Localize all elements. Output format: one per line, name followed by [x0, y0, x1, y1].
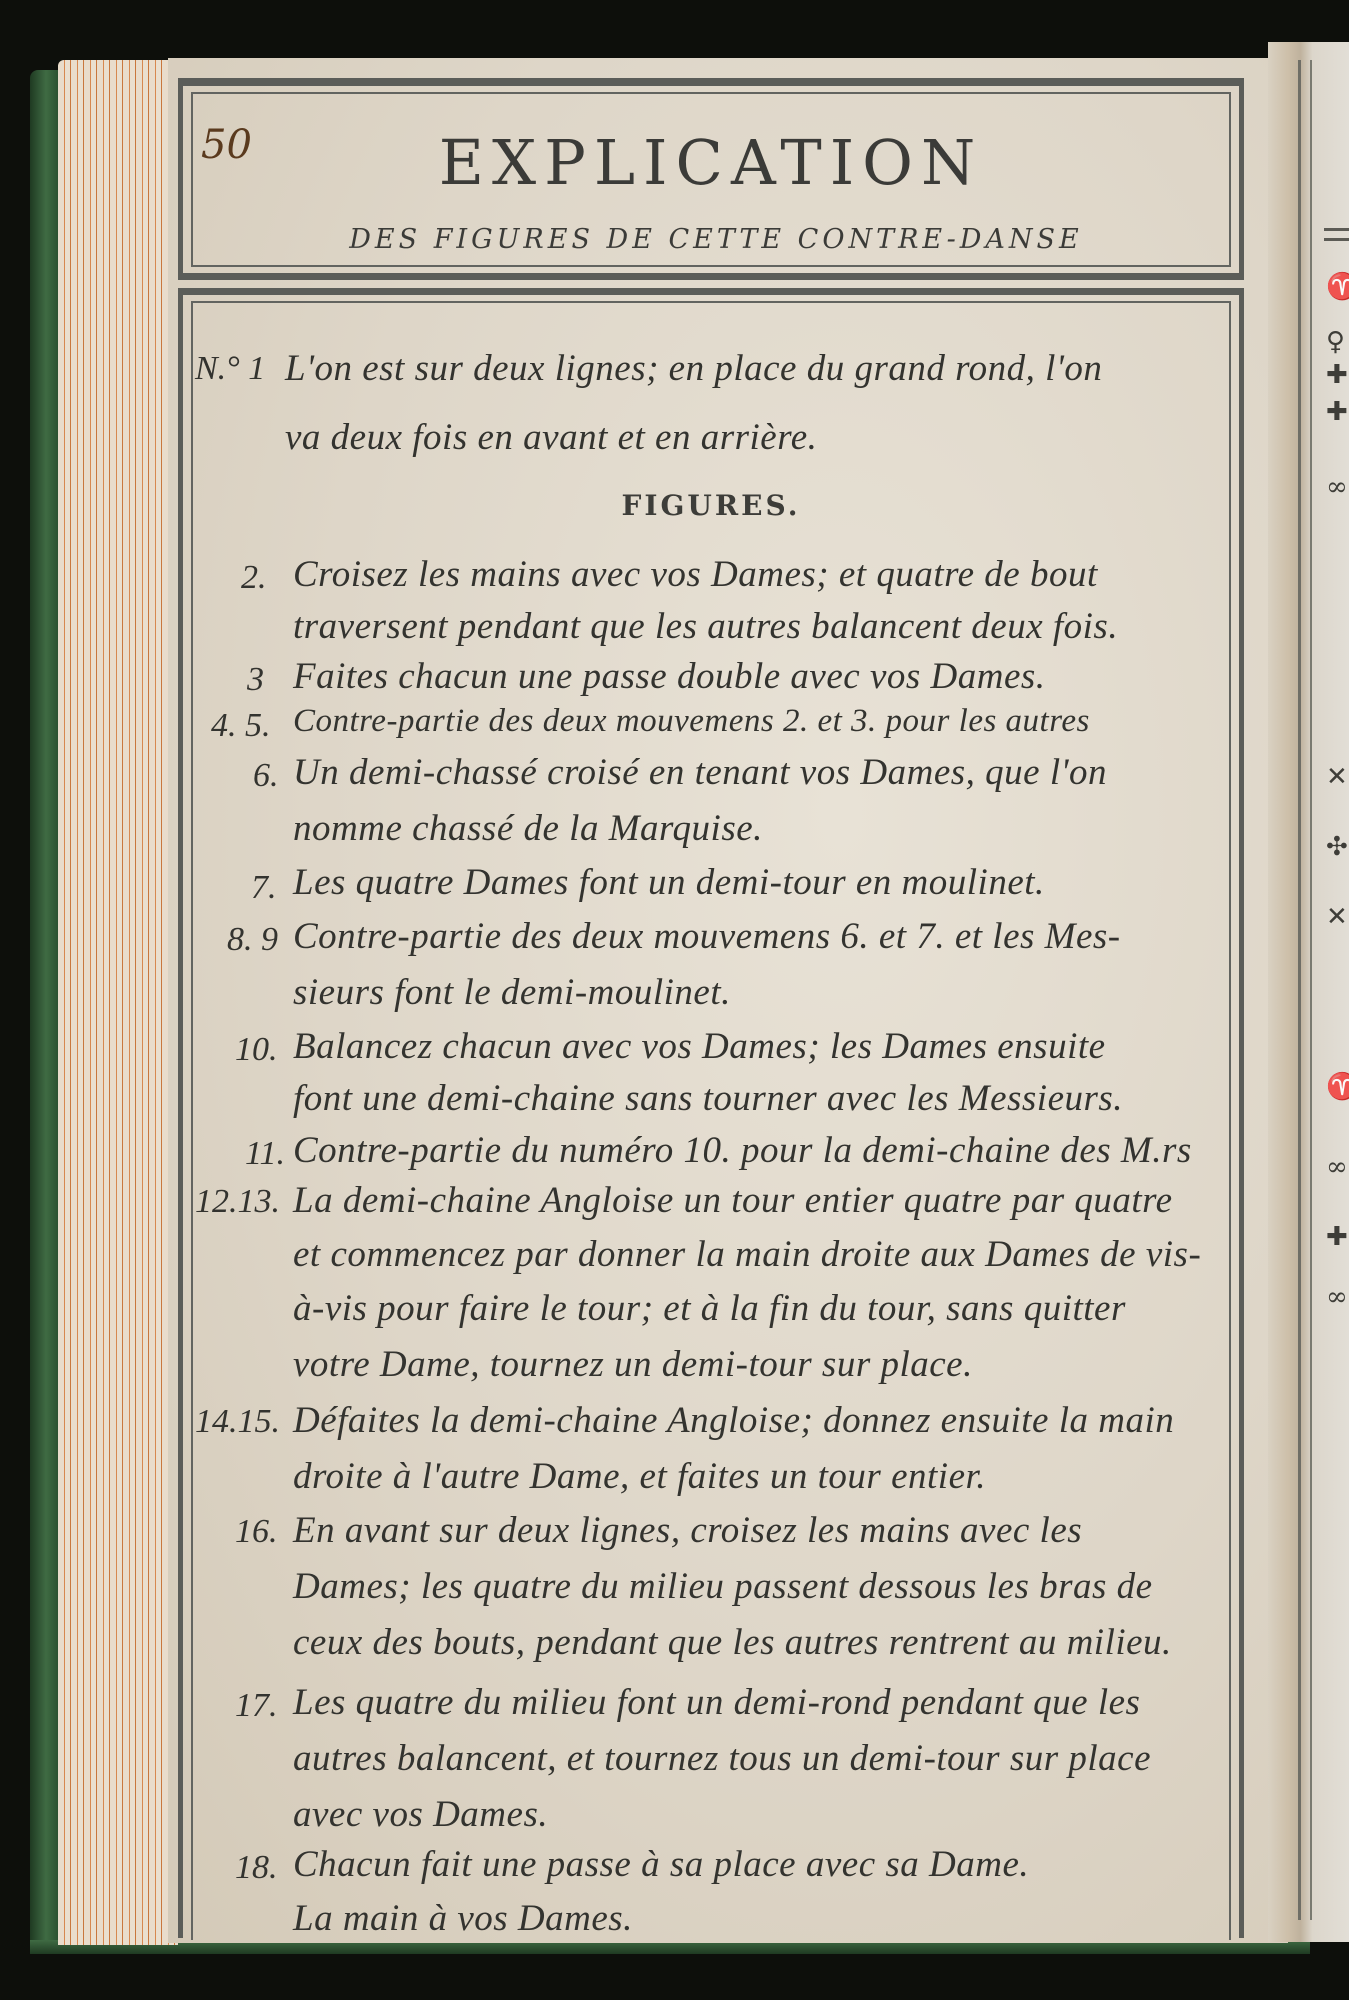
- dance-notation-symbol-icon: ♈: [1326, 1072, 1349, 1102]
- figure-number: 6.: [253, 757, 279, 795]
- figure-descriptions: N.° 1 L'on est sur deux lignes; en place…: [193, 303, 1229, 1940]
- figure-line: à-vis pour faire le tour; et à la fin du…: [293, 1287, 1126, 1330]
- figure-line: avec vos Dames.: [293, 1793, 548, 1836]
- figure-line: nomme chassé de la Marquise.: [293, 807, 763, 850]
- figure-line: et commencez par donner la main droite a…: [293, 1233, 1201, 1276]
- dance-notation-symbol-icon: ✕: [1326, 902, 1348, 932]
- facing-page-rule: [1324, 228, 1349, 231]
- figure-number: 8. 9: [227, 921, 278, 959]
- figure-number: 11.: [245, 1135, 285, 1173]
- figure-number: 10.: [235, 1031, 278, 1069]
- dance-notation-symbol-icon: ∞: [1326, 1282, 1348, 1312]
- figure-number: 17.: [235, 1687, 278, 1725]
- intro-number: N.° 1: [195, 350, 265, 388]
- figure-line: votre Dame, tournez un demi-tour sur pla…: [293, 1343, 973, 1386]
- figure-number: 7.: [251, 869, 277, 907]
- dance-notation-symbol-icon: ✚: [1326, 397, 1348, 427]
- figure-number: 16.: [235, 1513, 278, 1551]
- facing-page-frame: [1298, 60, 1315, 1920]
- dance-notation-symbol-icon: ♈: [1326, 272, 1349, 302]
- dance-notation-symbol-icon: ∞: [1326, 1152, 1348, 1182]
- figure-line: Défaites la demi-chaine Angloise; donnez…: [293, 1399, 1174, 1442]
- figure-line: Contre-partie des deux mouvemens 2. et 3…: [293, 703, 1090, 740]
- figure-line: Dames; les quatre du milieu passent dess…: [293, 1565, 1153, 1608]
- facing-page-edge: ♈ ♀ ✚ ✚ ∞ ✕ ✣ ✕ ♈ ∞ ✚ ∞: [1268, 42, 1349, 1942]
- figure-line: Les quatre du milieu font un demi-rond p…: [293, 1681, 1140, 1724]
- stacked-page-edges: [58, 60, 178, 1945]
- dance-notation-symbol-icon: ♀: [1326, 327, 1345, 357]
- header-inner-frame: 50 EXPLICATION DES FIGURES DE CETTE CONT…: [191, 92, 1231, 267]
- body-inner-frame: N.° 1 L'on est sur deux lignes; en place…: [191, 301, 1231, 1940]
- figure-line: ceux des bouts, pendant que les autres r…: [293, 1621, 1172, 1664]
- figure-line: Chacun fait une passe à sa place avec sa…: [293, 1843, 1029, 1886]
- intro-line: va deux fois en avant et en arrière.: [285, 416, 817, 459]
- figure-line: sieurs font le demi-moulinet.: [293, 971, 731, 1014]
- figure-number: 18.: [235, 1849, 278, 1887]
- page-subtitle: DES FIGURES DE CETTE CONTRE-DANSE: [223, 224, 1209, 255]
- figure-line: Un demi-chassé croisé en tenant vos Dame…: [293, 751, 1107, 794]
- facing-page-frame-inner: [1310, 60, 1312, 1920]
- figure-number: 4. 5.: [211, 707, 271, 745]
- dance-notation-symbol-icon: ✚: [1326, 360, 1348, 390]
- facing-page-rule: [1324, 238, 1349, 241]
- figure-line: La demi-chaine Angloise un tour entier q…: [293, 1179, 1173, 1222]
- dance-notation-symbol-icon: ✕: [1326, 762, 1348, 792]
- dance-notation-symbol-icon: ∞: [1326, 472, 1348, 502]
- figure-line: La main à vos Dames.: [293, 1897, 633, 1940]
- figure-line: traversent pendant que les autres balanc…: [293, 605, 1118, 648]
- figure-number: 12.13.: [195, 1183, 280, 1221]
- dance-notation-symbol-icon: ✣: [1326, 832, 1348, 862]
- figure-line: font une demi-chaine sans tourner avec l…: [293, 1077, 1123, 1120]
- figure-line: Les quatre Dames font un demi-tour en mo…: [293, 861, 1045, 904]
- intro-line: L'on est sur deux lignes; en place du gr…: [285, 347, 1102, 390]
- figure-line: Croisez les mains avec vos Dames; et qua…: [293, 553, 1098, 596]
- figure-number: 2.: [241, 559, 267, 597]
- figure-line: Faites chacun une passe double avec vos …: [293, 655, 1046, 698]
- header-frame: 50 EXPLICATION DES FIGURES DE CETTE CONT…: [178, 78, 1244, 280]
- figure-number: 3: [247, 661, 264, 699]
- figure-line: Contre-partie du numéro 10. pour la demi…: [293, 1129, 1192, 1172]
- figure-line: autres balancent, et tournez tous un dem…: [293, 1737, 1151, 1780]
- section-heading: FIGURES.: [193, 489, 1229, 522]
- body-frame: N.° 1 L'on est sur deux lignes; en place…: [178, 288, 1244, 1938]
- page-title: EXPLICATION: [193, 126, 1229, 199]
- figure-number: 14.15.: [195, 1403, 280, 1441]
- dance-notation-symbol-icon: ✚: [1326, 1222, 1348, 1252]
- figure-line: Balancez chacun avec vos Dames; les Dame…: [293, 1025, 1106, 1068]
- figure-line: Contre-partie des deux mouvemens 6. et 7…: [293, 915, 1121, 958]
- figure-line: droite à l'autre Dame, et faites un tour…: [293, 1455, 986, 1498]
- figure-line: En avant sur deux lignes, croisez les ma…: [293, 1509, 1082, 1552]
